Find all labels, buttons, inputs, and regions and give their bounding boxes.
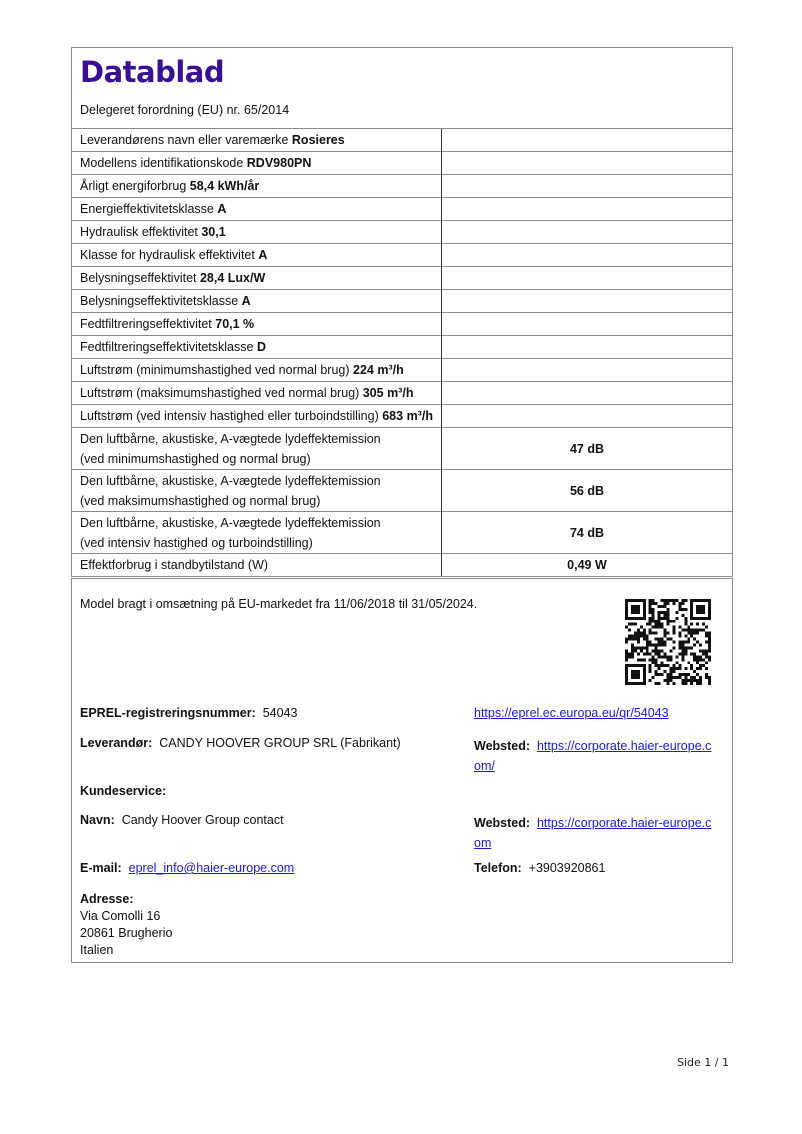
phone: Telefon: +3903920861: [474, 861, 605, 875]
email-link[interactable]: eprel_info@haier-europe.com: [129, 861, 295, 875]
spec-value: [441, 359, 732, 382]
table-row: Den luftbårne, akustiske, A-vægtede lyde…: [72, 512, 732, 554]
standby-label: Effektforbrug i standbytilstand (W): [72, 554, 441, 577]
qr-code-icon[interactable]: [625, 599, 711, 685]
table-row: Fedtfiltreringseffektivitetsklasse D: [72, 336, 732, 359]
spec-inline-value: RDV980PN: [247, 156, 312, 170]
spec-label: Luftstrøm (maksimumshastighed ved normal…: [72, 382, 441, 405]
supplier-website-link[interactable]: https://corporate.haier-europe.c: [537, 739, 711, 753]
spec-value: [441, 152, 732, 175]
spec-table: Leverandørens navn eller varemærke Rosie…: [72, 128, 732, 577]
spec-label: Luftstrøm (minimumshastighed ved normal …: [72, 359, 441, 382]
table-row: Den luftbårne, akustiske, A-vægtede lyde…: [72, 470, 732, 512]
service-website-link-cont[interactable]: om: [474, 836, 491, 850]
noise-label: Den luftbårne, akustiske, A-vægtede lyde…: [72, 512, 441, 554]
supplier-website-link-cont[interactable]: om/: [474, 759, 495, 773]
spec-value: [441, 244, 732, 267]
table-row: Luftstrøm (ved intensiv hastighed eller …: [72, 405, 732, 428]
table-row: Klasse for hydraulisk effektivitet A: [72, 244, 732, 267]
spec-inline-value: A: [242, 294, 251, 308]
spec-value: [441, 313, 732, 336]
table-row: Belysningseffektivitet 28,4 Lux/W: [72, 267, 732, 290]
table-row: Årligt energiforbrug 58,4 kWh/år: [72, 175, 732, 198]
table-row: Luftstrøm (maksimumshastighed ved normal…: [72, 382, 732, 405]
spec-inline-value: A: [258, 248, 267, 262]
spec-inline-value: 30,1: [201, 225, 225, 239]
address: Adresse: Via Comolli 16 20861 Brugherio …: [80, 891, 172, 959]
eprel-link[interactable]: https://eprel.ec.europa.eu/qr/54043: [474, 706, 669, 720]
spec-value: [441, 175, 732, 198]
spec-inline-value: D: [257, 340, 266, 354]
table-row: Fedtfiltreringseffektivitet 70,1 %: [72, 313, 732, 336]
service-website-link[interactable]: https://corporate.haier-europe.c: [537, 816, 711, 830]
spec-inline-value: 58,4 kWh/år: [190, 179, 259, 193]
eprel-number: EPREL-registreringsnummer: 54043: [80, 706, 297, 720]
table-row: Hydraulisk effektivitet 30,1: [72, 221, 732, 244]
spec-label: Luftstrøm (ved intensiv hastighed eller …: [72, 405, 441, 428]
supplier: Leverandør: CANDY HOOVER GROUP SRL (Fabr…: [80, 736, 401, 750]
spec-value: [441, 290, 732, 313]
standby-value: 0,49 W: [441, 554, 732, 577]
table-row: Modellens identifikationskode RDV980PN: [72, 152, 732, 175]
supplier-website: Websted: https://corporate.haier-europe.…: [474, 736, 711, 776]
spec-value: [441, 129, 732, 152]
service-website: Websted: https://corporate.haier-europe.…: [474, 813, 711, 853]
spec-value: [441, 405, 732, 428]
spec-inline-value: 224 m³/h: [353, 363, 404, 377]
spec-label: Klasse for hydraulisk effektivitet A: [72, 244, 441, 267]
table-row: Energieffektivitetsklasse A: [72, 198, 732, 221]
spec-inline-value: 28,4 Lux/W: [200, 271, 265, 285]
spec-label: Belysningseffektivitet 28,4 Lux/W: [72, 267, 441, 290]
noise-value: 47 dB: [441, 428, 732, 470]
market-period-text: Model bragt i omsætning på EU-markedet f…: [80, 597, 477, 611]
spec-inline-value: 683 m³/h: [382, 409, 433, 423]
spec-label: Fedtfiltreringseffektivitet 70,1 %: [72, 313, 441, 336]
noise-label: Den luftbårne, akustiske, A-vægtede lyde…: [72, 428, 441, 470]
table-row: Leverandørens navn eller varemærke Rosie…: [72, 129, 732, 152]
spec-label: Modellens identifikationskode RDV980PN: [72, 152, 441, 175]
noise-value: 56 dB: [441, 470, 732, 512]
page-title: Datablad: [80, 52, 732, 92]
table-row: Effektforbrug i standbytilstand (W)0,49 …: [72, 554, 732, 577]
spec-inline-value: A: [217, 202, 226, 216]
spec-value: [441, 221, 732, 244]
spec-inline-value: 70,1 %: [215, 317, 254, 331]
table-row: Den luftbårne, akustiske, A-vægtede lyde…: [72, 428, 732, 470]
spec-label: Fedtfiltreringseffektivitetsklasse D: [72, 336, 441, 359]
regulation-text: Delegeret forordning (EU) nr. 65/2014: [80, 100, 732, 128]
contact-name: Navn: Candy Hoover Group contact: [80, 813, 284, 827]
spec-label: Hydraulisk effektivitet 30,1: [72, 221, 441, 244]
spec-value: [441, 336, 732, 359]
spec-label: Belysningseffektivitetsklasse A: [72, 290, 441, 313]
spec-label: Leverandørens navn eller varemærke Rosie…: [72, 129, 441, 152]
spec-inline-value: Rosieres: [292, 133, 345, 147]
spec-label: Energieffektivitetsklasse A: [72, 198, 441, 221]
customer-service-heading: Kundeservice:: [80, 784, 166, 798]
spec-value: [441, 267, 732, 290]
datasheet-panel: Datablad Delegeret forordning (EU) nr. 6…: [71, 47, 733, 577]
info-panel: Model bragt i omsætning på EU-markedet f…: [71, 578, 733, 963]
spec-value: [441, 198, 732, 221]
spec-inline-value: 305 m³/h: [363, 386, 414, 400]
email: E-mail: eprel_info@haier-europe.com: [80, 861, 294, 875]
noise-label: Den luftbårne, akustiske, A-vægtede lyde…: [72, 470, 441, 512]
spec-value: [441, 382, 732, 405]
spec-label: Årligt energiforbrug 58,4 kWh/år: [72, 175, 441, 198]
table-row: Luftstrøm (minimumshastighed ved normal …: [72, 359, 732, 382]
noise-value: 74 dB: [441, 512, 732, 554]
table-row: Belysningseffektivitetsklasse A: [72, 290, 732, 313]
page-number: Side 1 / 1: [677, 1056, 729, 1069]
